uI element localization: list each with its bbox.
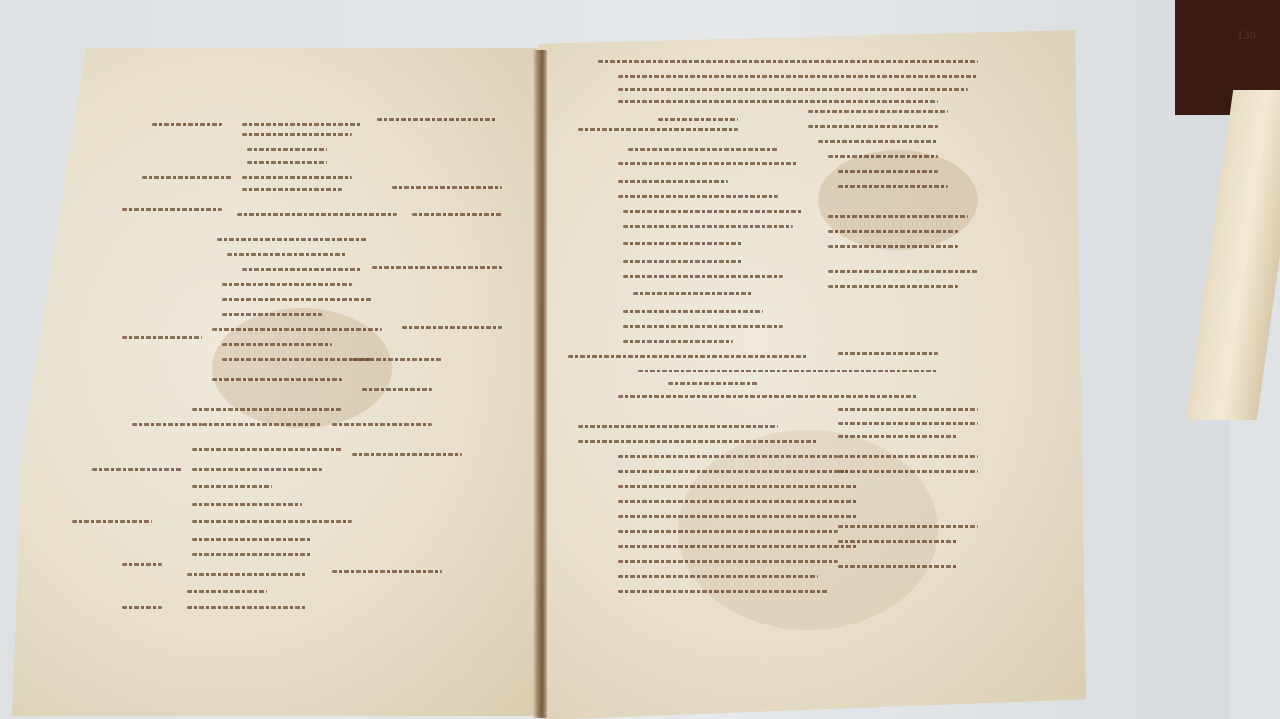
script-line — [72, 520, 152, 523]
script-line — [578, 440, 818, 443]
script-line — [377, 118, 497, 121]
script-line — [122, 336, 202, 339]
script-line — [808, 110, 948, 113]
script-line — [227, 253, 347, 256]
script-line — [618, 162, 798, 165]
script-line — [212, 328, 382, 331]
script-line — [618, 195, 778, 198]
script-line — [242, 268, 362, 271]
script-line — [618, 470, 848, 473]
script-line — [618, 395, 918, 398]
script-line — [247, 148, 327, 151]
script-line — [838, 170, 938, 173]
script-line — [618, 575, 818, 578]
script-line — [623, 340, 733, 343]
script-line — [828, 215, 968, 218]
script-line — [818, 140, 938, 143]
script-line — [222, 358, 372, 361]
script-line — [838, 422, 978, 425]
script-line — [568, 355, 808, 358]
script-line — [212, 378, 342, 381]
script-line — [633, 292, 753, 295]
script-line — [202, 423, 322, 426]
script-line — [623, 310, 763, 313]
script-line — [838, 470, 978, 473]
script-line — [838, 435, 958, 438]
script-line — [658, 118, 738, 121]
script-line — [623, 225, 793, 228]
script-line — [578, 128, 738, 131]
script-line — [132, 423, 202, 426]
script-line — [192, 553, 312, 556]
script-line — [618, 455, 838, 458]
script-line — [618, 530, 838, 533]
script-line — [838, 352, 938, 355]
script-line — [838, 565, 958, 568]
script-line — [623, 260, 743, 263]
script-line — [192, 538, 312, 541]
script-line — [618, 545, 858, 548]
script-line — [192, 485, 272, 488]
script-line — [828, 155, 938, 158]
script-line — [142, 176, 232, 179]
script-line — [828, 285, 958, 288]
script-line — [152, 123, 222, 126]
script-line — [618, 88, 968, 91]
script-line — [192, 468, 322, 471]
script-line — [628, 148, 778, 151]
script-line — [192, 408, 342, 411]
script-line — [187, 606, 307, 609]
script-line — [217, 238, 367, 241]
script-line — [372, 266, 502, 269]
script-line — [192, 520, 352, 523]
script-line — [222, 283, 352, 286]
right-manuscript-page — [538, 30, 1086, 719]
script-line — [828, 245, 958, 248]
script-line — [242, 133, 352, 136]
script-line — [332, 423, 432, 426]
script-line — [412, 213, 502, 216]
script-line — [352, 453, 462, 456]
script-line — [242, 123, 362, 126]
script-line — [402, 326, 502, 329]
script-line — [838, 185, 948, 188]
script-line — [242, 188, 342, 191]
script-line — [838, 408, 978, 411]
script-line — [838, 540, 958, 543]
script-line — [623, 210, 803, 213]
script-line — [122, 563, 162, 566]
script-line — [668, 382, 758, 385]
script-line — [598, 60, 978, 63]
script-line — [247, 161, 327, 164]
script-line — [222, 298, 372, 301]
script-line — [618, 180, 728, 183]
script-line — [192, 503, 302, 506]
script-line — [838, 525, 978, 528]
script-line — [332, 570, 442, 573]
script-line — [618, 515, 858, 518]
center-fold-crease — [533, 50, 547, 718]
script-line — [392, 186, 502, 189]
script-line — [92, 468, 182, 471]
script-line — [623, 242, 743, 245]
script-line — [828, 270, 978, 273]
script-line — [618, 75, 978, 78]
script-line — [838, 455, 978, 458]
script-line — [192, 448, 342, 451]
script-line — [122, 208, 222, 211]
script-line — [237, 213, 397, 216]
script-line — [242, 176, 352, 179]
script-line — [362, 388, 432, 391]
stain — [818, 150, 978, 250]
script-line — [828, 230, 958, 233]
divider-line — [638, 370, 938, 372]
script-line — [222, 313, 322, 316]
script-line — [808, 125, 938, 128]
script-line — [618, 500, 858, 503]
folio-number: 130 — [1237, 31, 1256, 42]
script-line — [222, 343, 332, 346]
script-line — [623, 325, 783, 328]
script-line — [352, 358, 442, 361]
script-line — [187, 573, 307, 576]
script-line — [618, 560, 838, 563]
script-line — [187, 590, 267, 593]
script-line — [618, 100, 938, 103]
left-manuscript-page — [12, 48, 542, 716]
script-line — [578, 425, 778, 428]
script-line — [122, 606, 162, 609]
script-line — [618, 590, 828, 593]
script-line — [618, 485, 858, 488]
script-line — [623, 275, 783, 278]
